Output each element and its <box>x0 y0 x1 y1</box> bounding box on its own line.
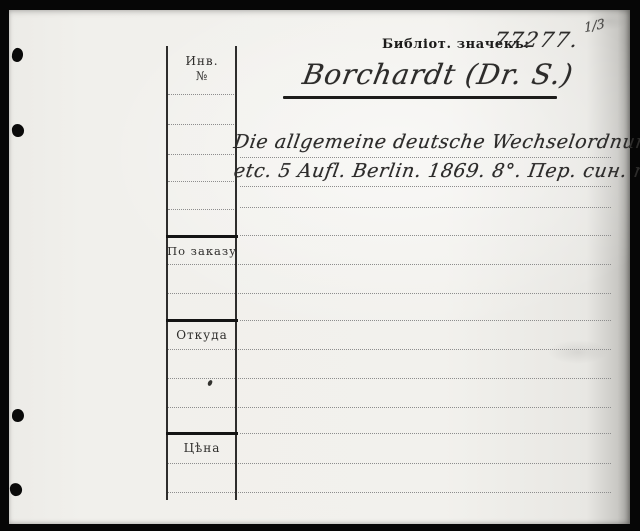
scanned-catalog-card: Инв. № По заказу Откуда Цѣна Библіот. зн… <box>0 0 640 531</box>
ruled-line <box>168 154 236 155</box>
ruled-line <box>168 181 236 182</box>
ruled-line <box>240 207 611 208</box>
order-label: По заказу <box>167 244 237 258</box>
origin-label: Откуда <box>167 328 237 342</box>
section-separator <box>166 432 238 435</box>
title-line-2: etc. 5 Aufl. Berlin. 1869. 8°. Пер. син.… <box>232 160 640 182</box>
ruled-line <box>240 320 611 321</box>
author-underline <box>283 96 557 99</box>
section-separator <box>166 319 238 322</box>
ruled-line <box>168 94 236 95</box>
scan-smudge <box>548 340 608 364</box>
author-heading: Borchardt (Dr. S.) <box>300 58 576 91</box>
ruled-line <box>240 235 611 236</box>
library-mark-number: 77277. <box>491 28 582 52</box>
ruled-line <box>240 186 611 187</box>
inventory-number-sign: № <box>167 69 237 83</box>
section-separator <box>166 235 238 238</box>
title-line-1: Die allgemeine deutsche Wechselordnung <box>232 131 640 153</box>
ruled-line <box>168 209 236 210</box>
inventory-number-label: Инв. <box>167 54 237 68</box>
ruled-line <box>240 157 611 158</box>
ruled-line <box>240 433 611 434</box>
ruled-line <box>168 124 236 125</box>
price-label: Цѣна <box>167 441 237 455</box>
